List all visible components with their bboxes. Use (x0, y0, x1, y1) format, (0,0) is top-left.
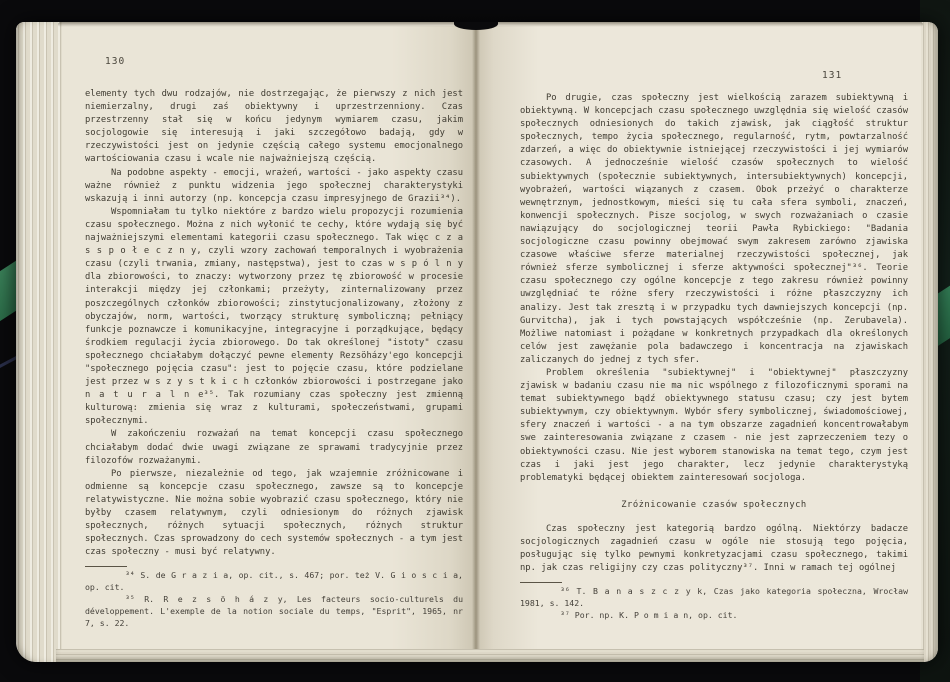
page-number-left: 130 (105, 56, 125, 67)
footnote: ³⁷ Por. np. K. P o m i a n, op. cit. (520, 610, 908, 622)
book-gutter-shadow (472, 24, 480, 654)
footnote-separator (520, 582, 562, 583)
body-paragraph: Po drugie, czas społeczny jest wielkości… (520, 92, 908, 367)
open-book: 130 131 elementy tych dwu rodzajów, nie … (16, 22, 938, 662)
body-paragraph: W zakończeniu rozważań na temat koncepcj… (85, 428, 463, 467)
footnote: ³⁴ S. de G r a z i a, op. cit., s. 467; … (85, 570, 463, 594)
footnote: ³⁵ R. R e z s ö h á z y, Les facteurs so… (85, 594, 463, 629)
page-edges-right (921, 22, 938, 662)
page-edges-bottom (56, 649, 924, 662)
footnote-separator (85, 566, 127, 567)
footnotes-right: ³⁶ T. B a n a s z c z y k, Czas jako kat… (520, 582, 908, 621)
body-paragraph: Czas społeczny jest kategorią bardzo ogó… (520, 523, 908, 575)
body-paragraph: Wspomniałam tu tylko niektóre z bardzo w… (85, 206, 463, 429)
body-paragraph: Na podobne aspekty - emocji, wrażeń, war… (85, 167, 463, 206)
body-paragraph: Po pierwsze, niezależnie od tego, jak wz… (85, 468, 463, 560)
body-paragraph: elementy tych dwu rodzajów, nie dostrzeg… (85, 88, 463, 167)
page-edges-left (16, 22, 62, 662)
footnote: ³⁶ T. B a n a s z c z y k, Czas jako kat… (520, 586, 908, 610)
scanned-book-photo: 130 131 elementy tych dwu rodzajów, nie … (0, 0, 950, 682)
right-page-text: Po drugie, czas społeczny jest wielkości… (520, 92, 908, 622)
section-heading: Zróżnicowanie czasów społecznych (520, 499, 908, 512)
page-number-right: 131 (822, 70, 842, 81)
footnotes-left: ³⁴ S. de G r a z i a, op. cit., s. 467; … (85, 566, 463, 629)
left-page-text: elementy tych dwu rodzajów, nie dostrzeg… (85, 88, 463, 629)
body-paragraph: Problem określenia "subiektywnej" i "obi… (520, 367, 908, 485)
